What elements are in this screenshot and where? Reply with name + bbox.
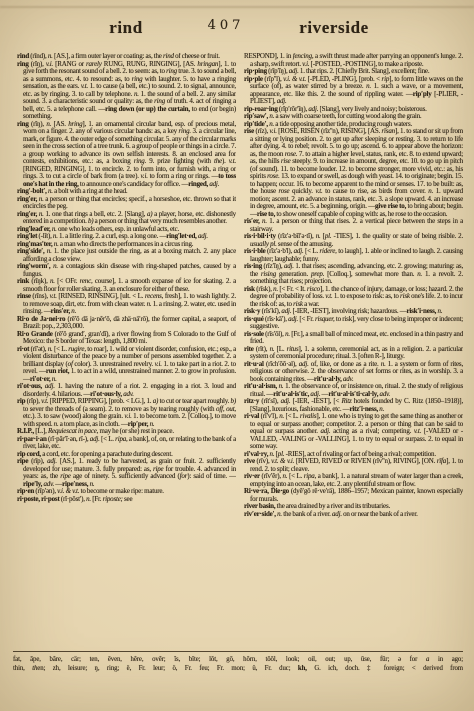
- dictionary-entry: ripe (rīp), adj. [AS.], 1. ready to be h…: [17, 458, 236, 488]
- dictionary-entry: Ri·o Grande (rē′ō grand′, gran′dĭ), a ri…: [17, 331, 236, 346]
- dictionary-entry: rip·ple (rĭp′'l), v.i. & v.t. [-PLED, -P…: [244, 76, 463, 106]
- dictionary-entry: ring′er, n. 1. one that rings a bell, et…: [17, 211, 236, 226]
- dictionary-entry: ring′worm′, n. a contagious skin disease…: [17, 263, 236, 278]
- dictionary-page: rind 407 riverside rind (rīnd), n. [AS.]…: [0, 0, 474, 711]
- pronunciation-key-line-2: thin, then; zh, leisure; ŋ, ring; ë, Fr.…: [13, 664, 463, 673]
- dictionary-entry: ris·ing (rīz′ĭŋ), adj. 1. that rises; as…: [244, 263, 463, 286]
- pronunciation-key-line-1: fat, āpe, bâre, cär; ten, ēven, hêre, ov…: [13, 655, 463, 664]
- dictionary-entry: rite (rīt), n. [L. ritus], 1. a solemn, …: [244, 346, 463, 361]
- dictionary-entry: ri·par·i·an (rĭ·pâr′ĭ·ən, rī-), adj. [< …: [17, 436, 236, 451]
- dictionary-entry: ring′er, n. a person or thing that encir…: [17, 196, 236, 211]
- dictionary-entry: rinse (rĭns), v.t. [RINSED, RINSING], [u…: [17, 293, 236, 316]
- right-column: RESPOND], 1. in fencing, a swift thrust …: [244, 53, 463, 653]
- dictionary-entry: risk (rĭsk), n. [< Fr. < It. risco], 1. …: [244, 286, 463, 309]
- left-column: rind (rīnd), n. [AS.], a firm outer laye…: [17, 53, 236, 653]
- text-columns: rind (rīnd), n. [AS.], a firm outer laye…: [17, 53, 463, 653]
- dictionary-entry: ritz·y (rĭt′sĭ), adj. [-IER, -IEST], [< …: [244, 398, 463, 413]
- page-header: rind 407 riverside: [0, 18, 474, 40]
- dictionary-entry: ris·qué (rĭs·kā′), adj. [< Fr. risquer, …: [244, 316, 463, 331]
- dictionary-entry: riv·er (rĭv′ẽr), n. [< L. ripa, a bank],…: [244, 473, 463, 488]
- dictionary-entry: ring (rĭŋ), v.i. [RANG or rarely RUNG, R…: [17, 61, 236, 121]
- dictionary-entry: rit·u·al (rĭch′ŏŏ·əl), adj. of, like, or…: [244, 361, 463, 384]
- footer-rule: [13, 651, 463, 652]
- dictionary-entry: ris·i·bil·i·ty (rĭz′ə·bĭl′ə·tĭ), n. [pl.…: [244, 233, 463, 248]
- dictionary-entry: ri·poste, ri·post (rĭ·pōst′), n. [Fr. ri…: [17, 496, 236, 504]
- dictionary-entry: ri′ot·ous, adj. 1. having the nature of …: [17, 383, 236, 398]
- dictionary-entry: rive (rīv), v.t. & v.i. [RIVED, RIVED or…: [244, 458, 463, 473]
- dictionary-entry: Ri·o de Ja·nei·ro (rē′ō dā ja·nêr′ō, dä …: [17, 316, 236, 331]
- dictionary-entry: riv′er·side′, n. the bank of a river. ad…: [244, 511, 463, 519]
- dictionary-entry: ring′side′, n. 1. the place just outside…: [17, 248, 236, 263]
- guide-word-right: riverside: [299, 18, 369, 38]
- dictionary-entry: ris′er, n. 1. a person or thing that ris…: [244, 218, 463, 233]
- dictionary-entry: ris·i·ble (rĭz′ə·b'l), adj. [< L. ridere…: [244, 248, 463, 263]
- dictionary-entry: ring (rĭŋ), n. [AS. hring], 1. an orname…: [17, 121, 236, 189]
- dictionary-entry: ri·ot (rī′ət), n. [< L. rugire, to roar]…: [17, 346, 236, 384]
- dictionary-entry: RESPOND], 1. in fencing, a swift thrust …: [244, 53, 463, 68]
- dictionary-entry: rise (rīz), v.i. [ROSE, RISEN (rĭz′'n), …: [244, 128, 463, 218]
- dictionary-entry: ri·val (rī′v'l), n. [< L. rivalis], 1. o…: [244, 413, 463, 451]
- dictionary-entry: rink (rĭŋk), n. [< OFr. renc, course], 1…: [17, 278, 236, 293]
- dictionary-entry: Ri·ve·ra, Die·go (dyĕ′gō rē·ve′rä), 1886…: [244, 488, 463, 503]
- dictionary-entry: rip (rĭp), v.t. [RIPPED, RIPPING], [prob…: [17, 398, 236, 428]
- scan-crease: [0, 6, 474, 8]
- pronunciation-key: fat, āpe, bâre, cär; ten, ēven, hêre, ov…: [13, 651, 463, 673]
- guide-word-left: rind: [109, 18, 143, 38]
- dictionary-entry: ris·sole (rĭs′ōl), n. [Fr.], a small bal…: [244, 331, 463, 346]
- dictionary-entry: rit′u·al·ism, n. 1. the observance of, o…: [244, 383, 463, 398]
- page-number: 407: [204, 18, 245, 33]
